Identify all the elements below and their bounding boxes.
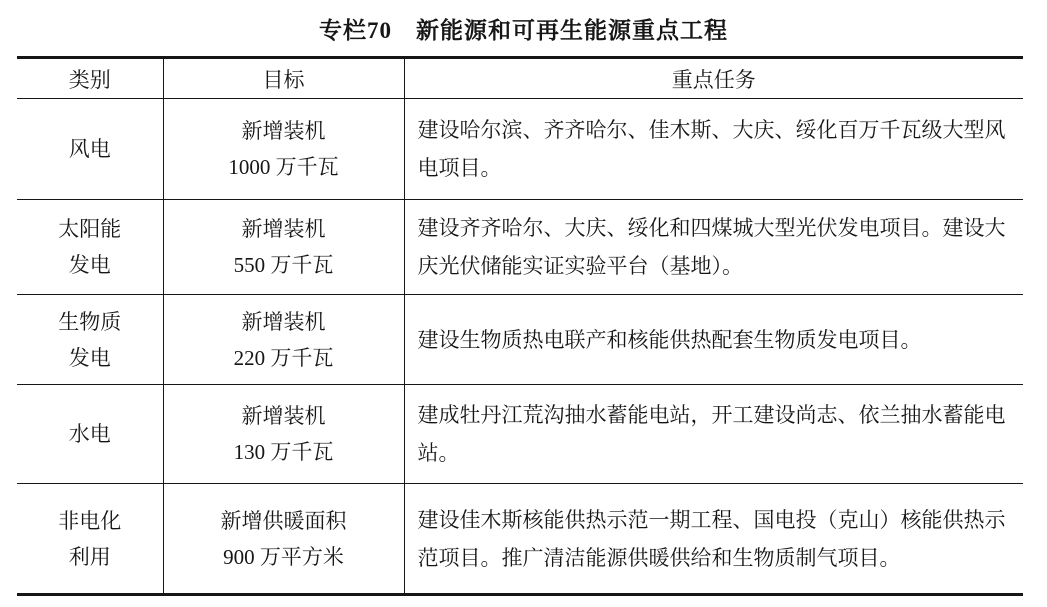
task-cell: 建设生物质热电联产和核能供热配套生物质发电项目。	[404, 295, 1023, 385]
target-cell: 新增供暖面积 900 万平方米	[163, 484, 404, 595]
target-cell: 新增装机 220 万千瓦	[163, 295, 404, 385]
category-cell: 太阳能 发电	[17, 200, 163, 295]
target-cell: 新增装机 1000 万千瓦	[163, 99, 404, 200]
document-title: 专栏70 新能源和可再生能源重点工程	[0, 0, 1047, 56]
energy-projects-table: 类别 目标 重点任务 风电 新增装机 1000 万千瓦 建设哈尔滨、齐齐哈尔、佳…	[17, 56, 1023, 596]
category-cell: 生物质 发电	[17, 295, 163, 385]
task-cell: 建设佳木斯核能供热示范一期工程、国电投（克山）核能供热示范项目。推广清洁能源供暖…	[404, 484, 1023, 595]
table-row-hydro-power: 水电 新增装机 130 万千瓦 建成牡丹江荒沟抽水蓄能电站，开工建设尚志、依兰抽…	[17, 385, 1023, 484]
table-row-non-electric-use: 非电化 利用 新增供暖面积 900 万平方米 建设佳木斯核能供热示范一期工程、国…	[17, 484, 1023, 595]
table-header-row: 类别 目标 重点任务	[17, 58, 1023, 99]
task-cell: 建成牡丹江荒沟抽水蓄能电站，开工建设尚志、依兰抽水蓄能电站。	[404, 385, 1023, 484]
category-cell: 风电	[17, 99, 163, 200]
category-cell: 水电	[17, 385, 163, 484]
target-cell: 新增装机 130 万千瓦	[163, 385, 404, 484]
column-header-category: 类别	[17, 58, 163, 99]
table-row-solar-power: 太阳能 发电 新增装机 550 万千瓦 建设齐齐哈尔、大庆、绥化和四煤城大型光伏…	[17, 200, 1023, 295]
column-header-target: 目标	[163, 58, 404, 99]
task-cell: 建设齐齐哈尔、大庆、绥化和四煤城大型光伏发电项目。建设大庆光伏储能实证实验平台（…	[404, 200, 1023, 295]
table-row-biomass-power: 生物质 发电 新增装机 220 万千瓦 建设生物质热电联产和核能供热配套生物质发…	[17, 295, 1023, 385]
table-row-wind-power: 风电 新增装机 1000 万千瓦 建设哈尔滨、齐齐哈尔、佳木斯、大庆、绥化百万千…	[17, 99, 1023, 200]
task-cell: 建设哈尔滨、齐齐哈尔、佳木斯、大庆、绥化百万千瓦级大型风电项目。	[404, 99, 1023, 200]
category-cell: 非电化 利用	[17, 484, 163, 595]
column-header-tasks: 重点任务	[404, 58, 1023, 99]
target-cell: 新增装机 550 万千瓦	[163, 200, 404, 295]
